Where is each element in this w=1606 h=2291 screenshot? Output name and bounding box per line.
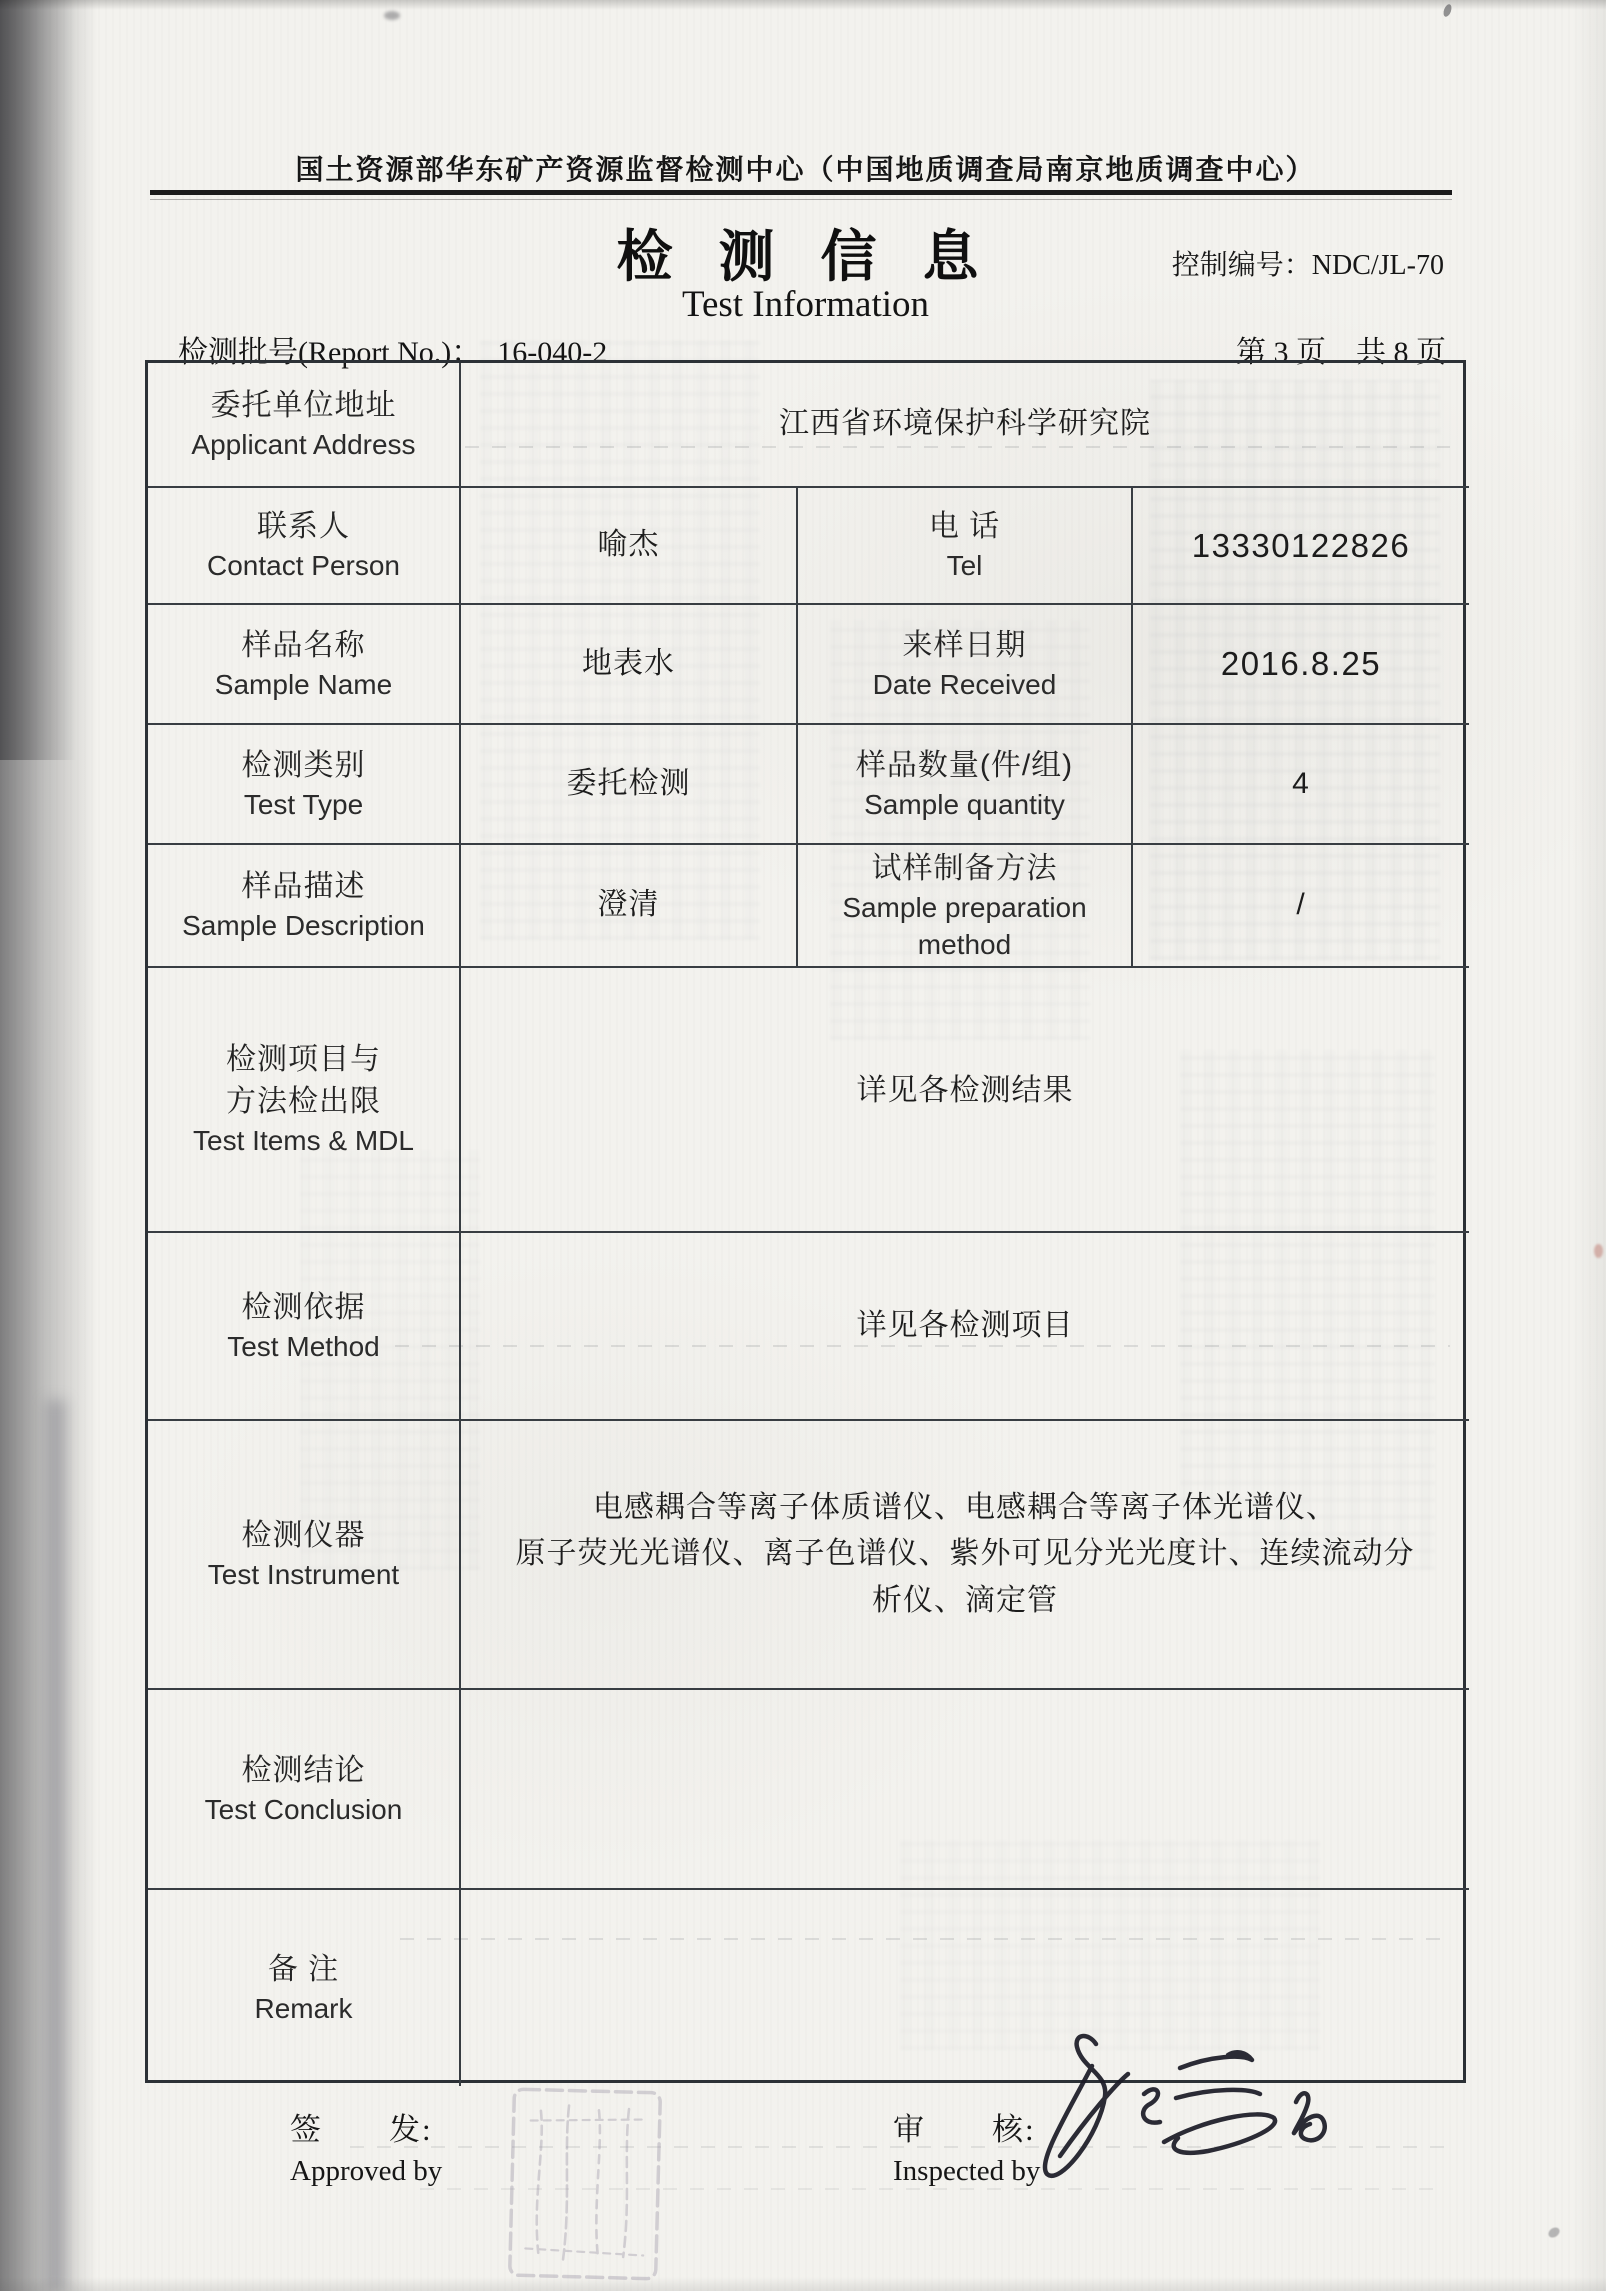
label-contact-person: 联系人 Contact Person xyxy=(148,488,461,605)
label-test-type: 检测类别 Test Type xyxy=(148,725,461,845)
label-sample-preparation-cn: 试样制备方法 xyxy=(872,848,1058,890)
control-number: 控制编号：NDC/JL-70 xyxy=(1172,243,1444,283)
label-tel-cn: 电 话 xyxy=(929,506,1000,548)
page-fold-shadow xyxy=(46,1400,66,2291)
scanned-test-report-page: 国土资源部华东矿产资源监督检测中心（中国地质调查局南京地质调查中心） 检 测 信… xyxy=(0,0,1606,2291)
inspector-signature xyxy=(1030,2030,1360,2260)
label-test-instrument: 检测仪器 Test Instrument xyxy=(148,1421,461,1690)
label-sample-quantity-cn: 样品数量(件/组) xyxy=(856,745,1073,787)
test-items-mdl-text: 详见各检测结果 xyxy=(857,1068,1074,1115)
test-method-text: 详见各检测项目 xyxy=(857,1303,1074,1350)
label-sample-name-cn: 样品名称 xyxy=(242,625,366,667)
sample-preparation-text: / xyxy=(1296,882,1305,929)
label-date-received-cn: 来样日期 xyxy=(903,625,1027,667)
label-applicant-address: 委托单位地址 Applicant Address xyxy=(148,363,461,488)
organization-name: 国土资源部华东矿产资源监督检测中心（中国地质调查局南京地质调查中心） xyxy=(145,148,1466,188)
label-remark-cn: 备 注 xyxy=(268,1949,339,1991)
label-contact-person-en: Contact Person xyxy=(207,548,400,584)
label-date-received: 来样日期 Date Received xyxy=(798,605,1133,725)
label-tel: 电 话 Tel xyxy=(798,488,1133,605)
label-test-method: 检测依据 Test Method xyxy=(148,1233,461,1421)
label-test-conclusion: 检测结论 Test Conclusion xyxy=(148,1690,461,1890)
left-edge-shadow xyxy=(0,0,115,2291)
approved-by-label-en: Approved by xyxy=(290,2155,442,2188)
scan-speck xyxy=(1442,3,1453,18)
value-date-received: 2016.8.25 xyxy=(1133,605,1469,725)
value-test-type: 委托检测 xyxy=(461,725,798,845)
date-received-text: 2016.8.25 xyxy=(1221,638,1381,689)
scan-speck xyxy=(1594,1244,1603,1258)
scan-speck xyxy=(1547,2225,1562,2239)
label-sample-name-en: Sample Name xyxy=(215,667,392,703)
contact-person-text: 喻杰 xyxy=(598,522,660,569)
value-test-instrument: 电感耦合等离子体质谱仪、电感耦合等离子体光谱仪、 原子荧光光谱仪、离子色谱仪、紫… xyxy=(461,1421,1469,1690)
label-test-instrument-cn: 检测仪器 xyxy=(242,1515,366,1557)
top-edge-shadow xyxy=(0,0,1606,10)
sample-name-text: 地表水 xyxy=(582,641,675,688)
label-test-items-mdl-cn: 检测项目与 方法检出限 xyxy=(226,1039,381,1123)
label-sample-name: 样品名称 Sample Name xyxy=(148,605,461,725)
label-test-instrument-en: Test Instrument xyxy=(208,1557,399,1593)
label-sample-description-cn: 样品描述 xyxy=(242,866,366,908)
inspected-by-label-en: Inspected by xyxy=(893,2155,1040,2188)
label-remark: 备 注 Remark xyxy=(148,1890,461,2086)
stamp-seal xyxy=(502,2080,669,2290)
value-sample-quantity: 4 xyxy=(1133,725,1469,845)
sample-description-text: 澄清 xyxy=(598,882,660,929)
header-rule xyxy=(150,190,1452,195)
value-sample-name: 地表水 xyxy=(461,605,798,725)
value-sample-description: 澄清 xyxy=(461,845,798,968)
test-type-text: 委托检测 xyxy=(567,761,691,808)
label-test-type-en: Test Type xyxy=(244,787,363,823)
label-sample-description-en: Sample Description xyxy=(182,908,425,944)
label-sample-quantity-en: Sample quantity xyxy=(864,787,1065,823)
label-test-type-cn: 检测类别 xyxy=(242,745,366,787)
test-information-table: 委托单位地址 Applicant Address 江西省环境保护科学研究院 联系… xyxy=(145,360,1466,2083)
value-test-conclusion xyxy=(461,1690,1469,1890)
label-date-received-en: Date Received xyxy=(873,667,1057,703)
value-contact-person: 喻杰 xyxy=(461,488,798,605)
label-test-items-mdl-en: Test Items & MDL xyxy=(193,1123,414,1159)
sample-quantity-text: 4 xyxy=(1292,761,1310,808)
inspected-by-block: 审 核: Inspected by xyxy=(893,2104,1040,2188)
label-test-conclusion-en: Test Conclusion xyxy=(205,1792,403,1828)
scan-speck xyxy=(384,11,400,20)
value-sample-preparation-method: / xyxy=(1133,845,1469,968)
label-applicant-address-cn: 委托单位地址 xyxy=(211,385,397,427)
approved-by-block: 签 发: Approved by xyxy=(290,2104,442,2188)
applicant-address-text: 江西省环境保护科学研究院 xyxy=(779,401,1151,448)
tel-number-text: 13330122826 xyxy=(1192,520,1410,571)
label-test-method-cn: 检测依据 xyxy=(242,1287,366,1329)
control-number-value: NDC/JL-70 xyxy=(1312,250,1444,281)
label-remark-en: Remark xyxy=(254,1991,352,2027)
test-instrument-text: 电感耦合等离子体质谱仪、电感耦合等离子体光谱仪、 原子荧光光谱仪、离子色谱仪、紫… xyxy=(516,1485,1415,1625)
label-applicant-address-en: Applicant Address xyxy=(191,427,415,463)
approved-by-label-cn: 签 发: xyxy=(290,2104,442,2149)
header-rule-echo xyxy=(150,199,1452,200)
label-tel-en: Tel xyxy=(947,548,983,584)
label-sample-description: 样品描述 Sample Description xyxy=(148,845,461,968)
value-test-method: 详见各检测项目 xyxy=(461,1233,1469,1421)
value-tel: 13330122826 xyxy=(1133,488,1469,605)
label-test-conclusion-cn: 检测结论 xyxy=(242,1750,366,1792)
label-contact-person-cn: 联系人 xyxy=(257,506,350,548)
left-edge-shadow-top xyxy=(0,0,95,760)
label-test-items-mdl: 检测项目与 方法检出限 Test Items & MDL xyxy=(148,968,461,1233)
value-applicant-address: 江西省环境保护科学研究院 xyxy=(461,363,1469,488)
inspected-by-label-cn: 审 核: xyxy=(893,2104,1040,2149)
control-number-label: 控制编号： xyxy=(1172,250,1312,281)
label-sample-preparation-method: 试样制备方法 Sample preparation method xyxy=(798,845,1133,968)
value-test-items-mdl: 详见各检测结果 xyxy=(461,968,1469,1233)
bottom-edge-shadow xyxy=(0,2277,1606,2291)
label-sample-preparation-en: Sample preparation method xyxy=(815,890,1115,963)
right-edge-shade xyxy=(1572,0,1606,2291)
label-sample-quantity: 样品数量(件/组) Sample quantity xyxy=(798,725,1133,845)
page-title-english: Test Information xyxy=(145,283,1466,326)
label-test-method-en: Test Method xyxy=(227,1329,380,1365)
